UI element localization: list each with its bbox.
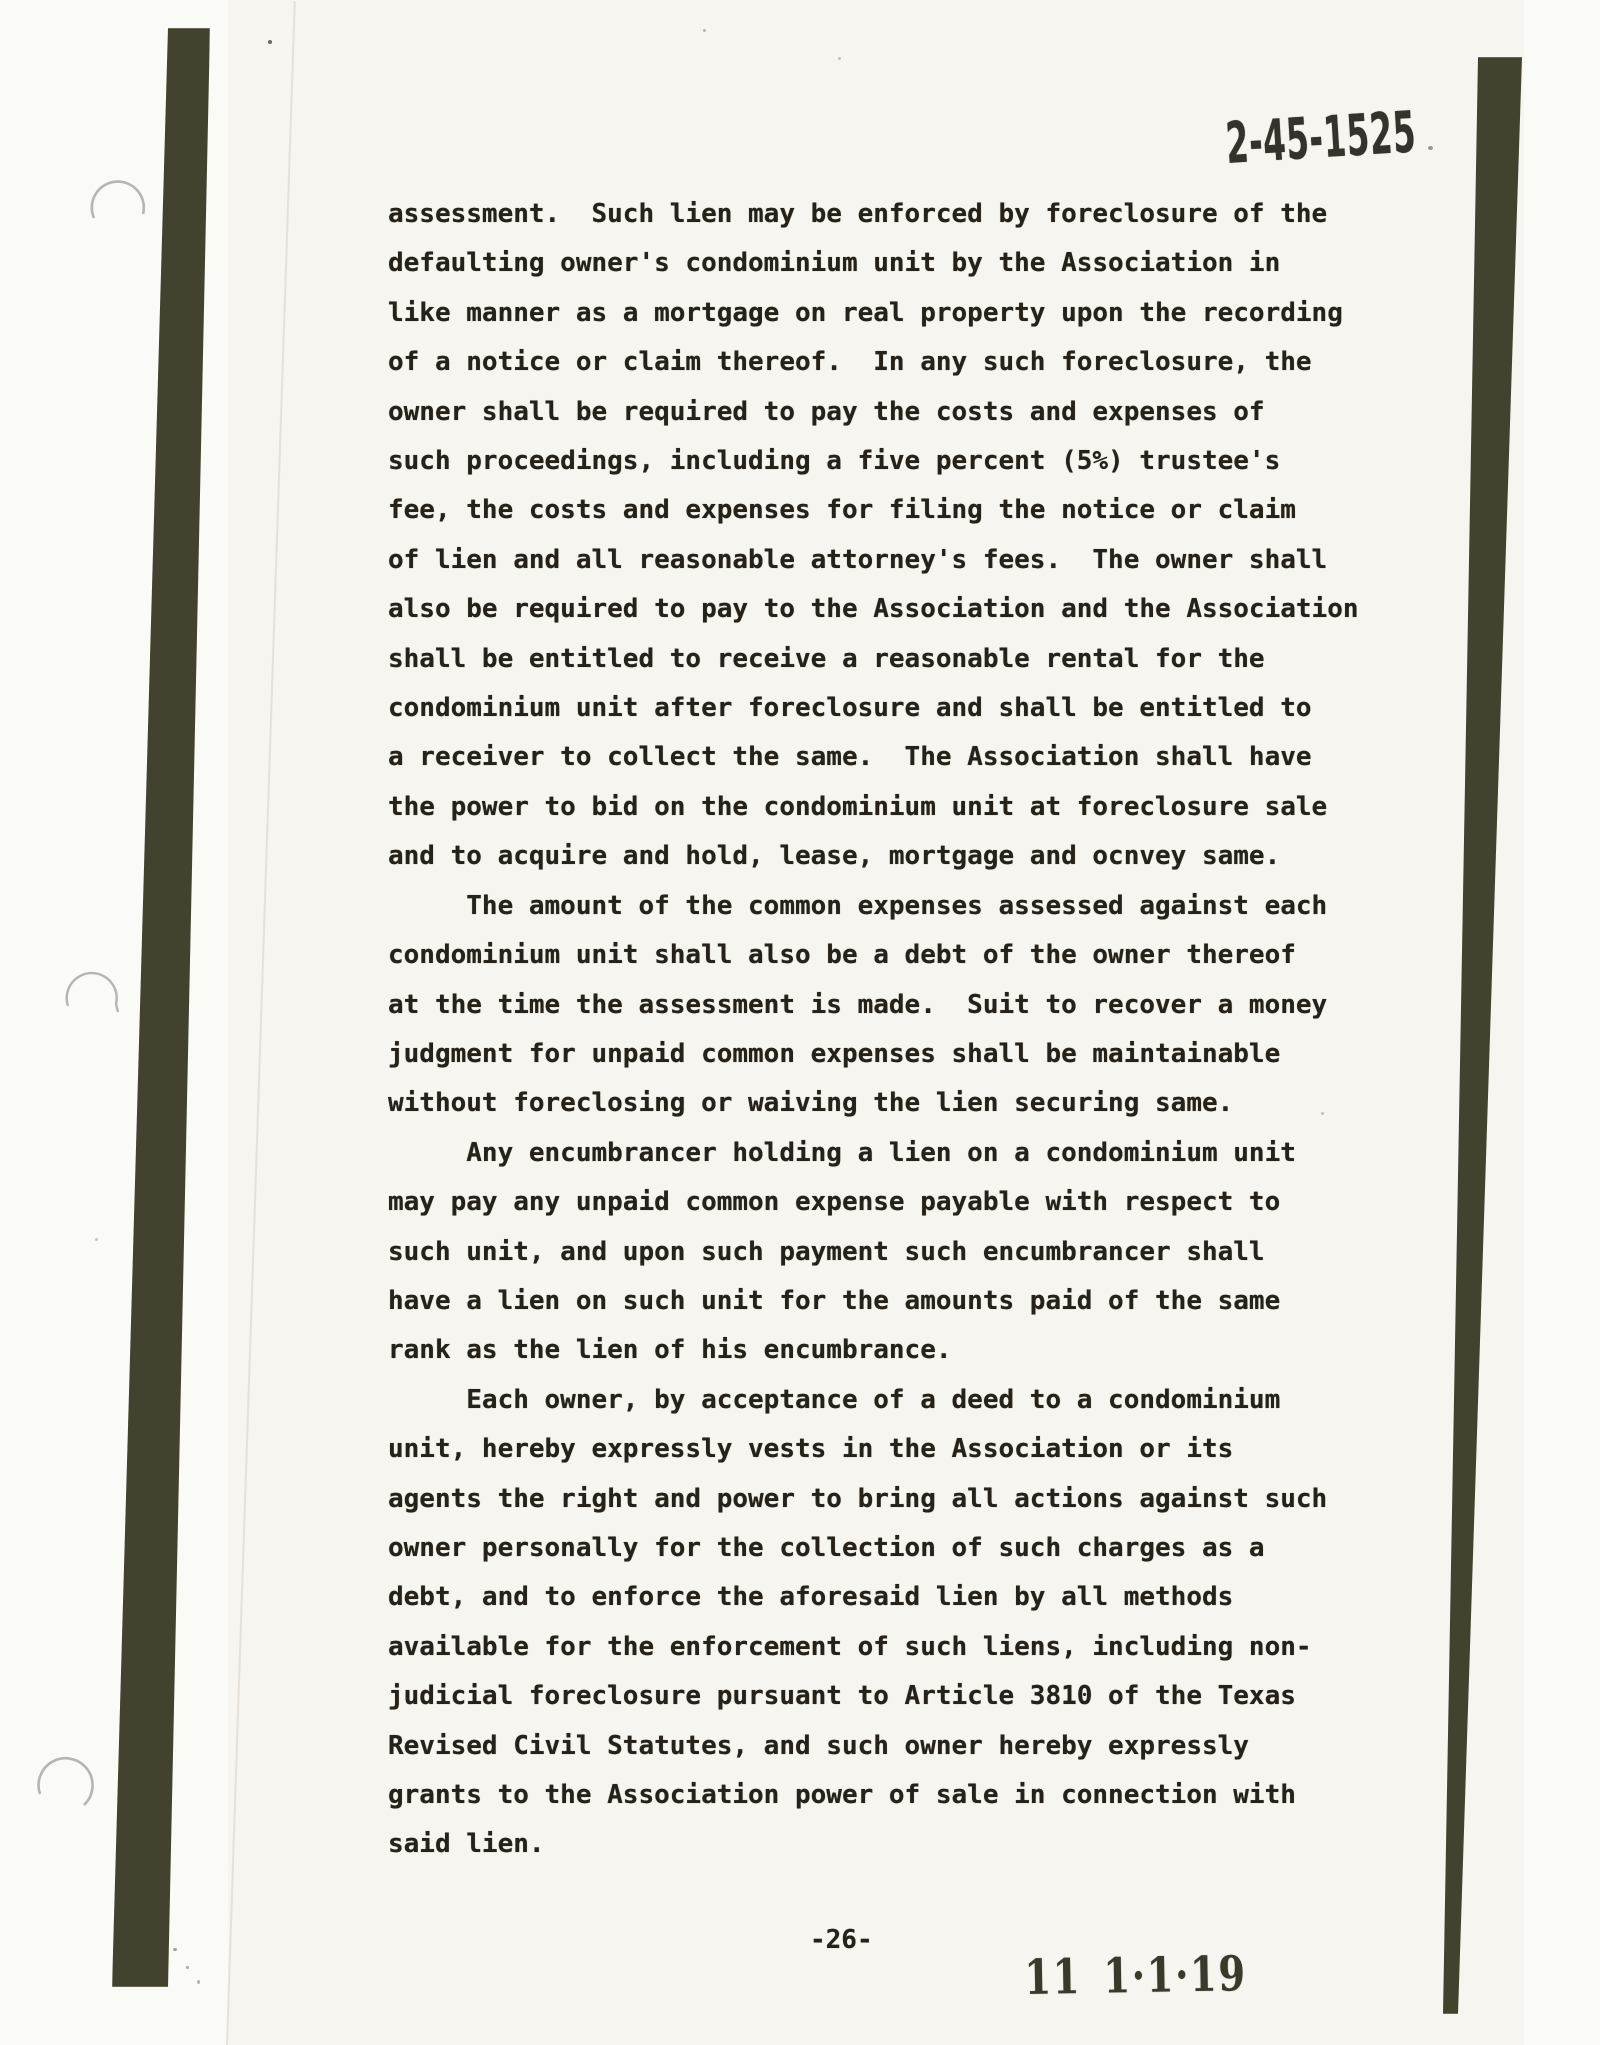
page-number: -26- xyxy=(810,1926,873,1955)
body-line: like manner as a mortgage on real proper… xyxy=(388,289,1359,338)
stamp-left-digits: 11 xyxy=(1024,1949,1082,2006)
body-text: assessment. Such lien may be enforced by… xyxy=(388,190,1359,1870)
stamp-number: 111·1·19 xyxy=(1024,1950,1247,2002)
body-line: available for the enforcement of such li… xyxy=(388,1623,1359,1672)
body-line: judicial foreclosure pursuant to Article… xyxy=(388,1672,1359,1721)
scan-speck xyxy=(703,29,706,32)
body-line: fee, the costs and expenses for filing t… xyxy=(388,486,1359,535)
body-line: The amount of the common expenses assess… xyxy=(388,882,1359,931)
scan-speck xyxy=(838,57,841,60)
body-line: the power to bid on the condominium unit… xyxy=(388,783,1359,832)
body-line: owner shall be required to pay the costs… xyxy=(388,388,1359,437)
body-line: and to acquire and hold, lease, mortgage… xyxy=(388,832,1359,881)
body-line: defaulting owner's condominium unit by t… xyxy=(388,239,1359,288)
document-page: 2-45-1525 assessment. Such lien may be e… xyxy=(0,0,1600,2045)
body-line: assessment. Such lien may be enforced by… xyxy=(388,190,1359,239)
body-line: rank as the lien of his encumbrance. xyxy=(388,1326,1359,1375)
body-line: without foreclosing or waiving the lien … xyxy=(388,1079,1359,1128)
body-line: said lien. xyxy=(388,1820,1359,1869)
body-line: such unit, and upon such payment such en… xyxy=(388,1228,1359,1277)
body-line: of lien and all reasonable attorney's fe… xyxy=(388,536,1359,585)
body-line: have a lien on such unit for the amounts… xyxy=(388,1277,1359,1326)
body-line: grants to the Association power of sale … xyxy=(388,1771,1359,1820)
body-line: a receiver to collect the same. The Asso… xyxy=(388,733,1359,782)
body-line: judgment for unpaid common expenses shal… xyxy=(388,1030,1359,1079)
body-line: such proceedings, including a five perce… xyxy=(388,437,1359,486)
body-line: also be required to pay to the Associati… xyxy=(388,585,1359,634)
body-line: agents the right and power to bring all … xyxy=(388,1475,1359,1524)
scan-speck xyxy=(268,40,272,44)
paper-right-margin xyxy=(1524,0,1600,2045)
body-line: Any encumbrancer holding a lien on a con… xyxy=(388,1129,1359,1178)
scan-speck xyxy=(197,1980,200,1984)
body-line: at the time the assessment is made. Suit… xyxy=(388,981,1359,1030)
scan-speck xyxy=(173,1948,177,1951)
scan-speck xyxy=(95,1238,98,1241)
body-line: Revised Civil Statutes, and such owner h… xyxy=(388,1722,1359,1771)
body-line: unit, hereby expressly vests in the Asso… xyxy=(388,1425,1359,1474)
body-line: owner personally for the collection of s… xyxy=(388,1524,1359,1573)
reference-number: 2-45-1525 xyxy=(1224,104,1417,173)
scan-speck xyxy=(1428,146,1433,150)
body-line: may pay any unpaid common expense payabl… xyxy=(388,1178,1359,1227)
scan-speck xyxy=(1321,1112,1324,1115)
body-line: shall be entitled to receive a reasonabl… xyxy=(388,635,1359,684)
stamp-right-digits: 1·1·19 xyxy=(1103,1946,1247,2004)
body-line: of a notice or claim thereof. In any suc… xyxy=(388,338,1359,387)
body-line: condominium unit after foreclosure and s… xyxy=(388,684,1359,733)
scan-speck xyxy=(186,1966,189,1969)
photocopy-edge-line xyxy=(226,1,296,2045)
scan-speck xyxy=(1466,866,1473,872)
body-line: debt, and to enforce the aforesaid lien … xyxy=(388,1573,1359,1622)
scan-bar-right xyxy=(1430,57,1525,2014)
body-line: condominium unit shall also be a debt of… xyxy=(388,931,1359,980)
body-line: Each owner, by acceptance of a deed to a… xyxy=(388,1376,1359,1425)
